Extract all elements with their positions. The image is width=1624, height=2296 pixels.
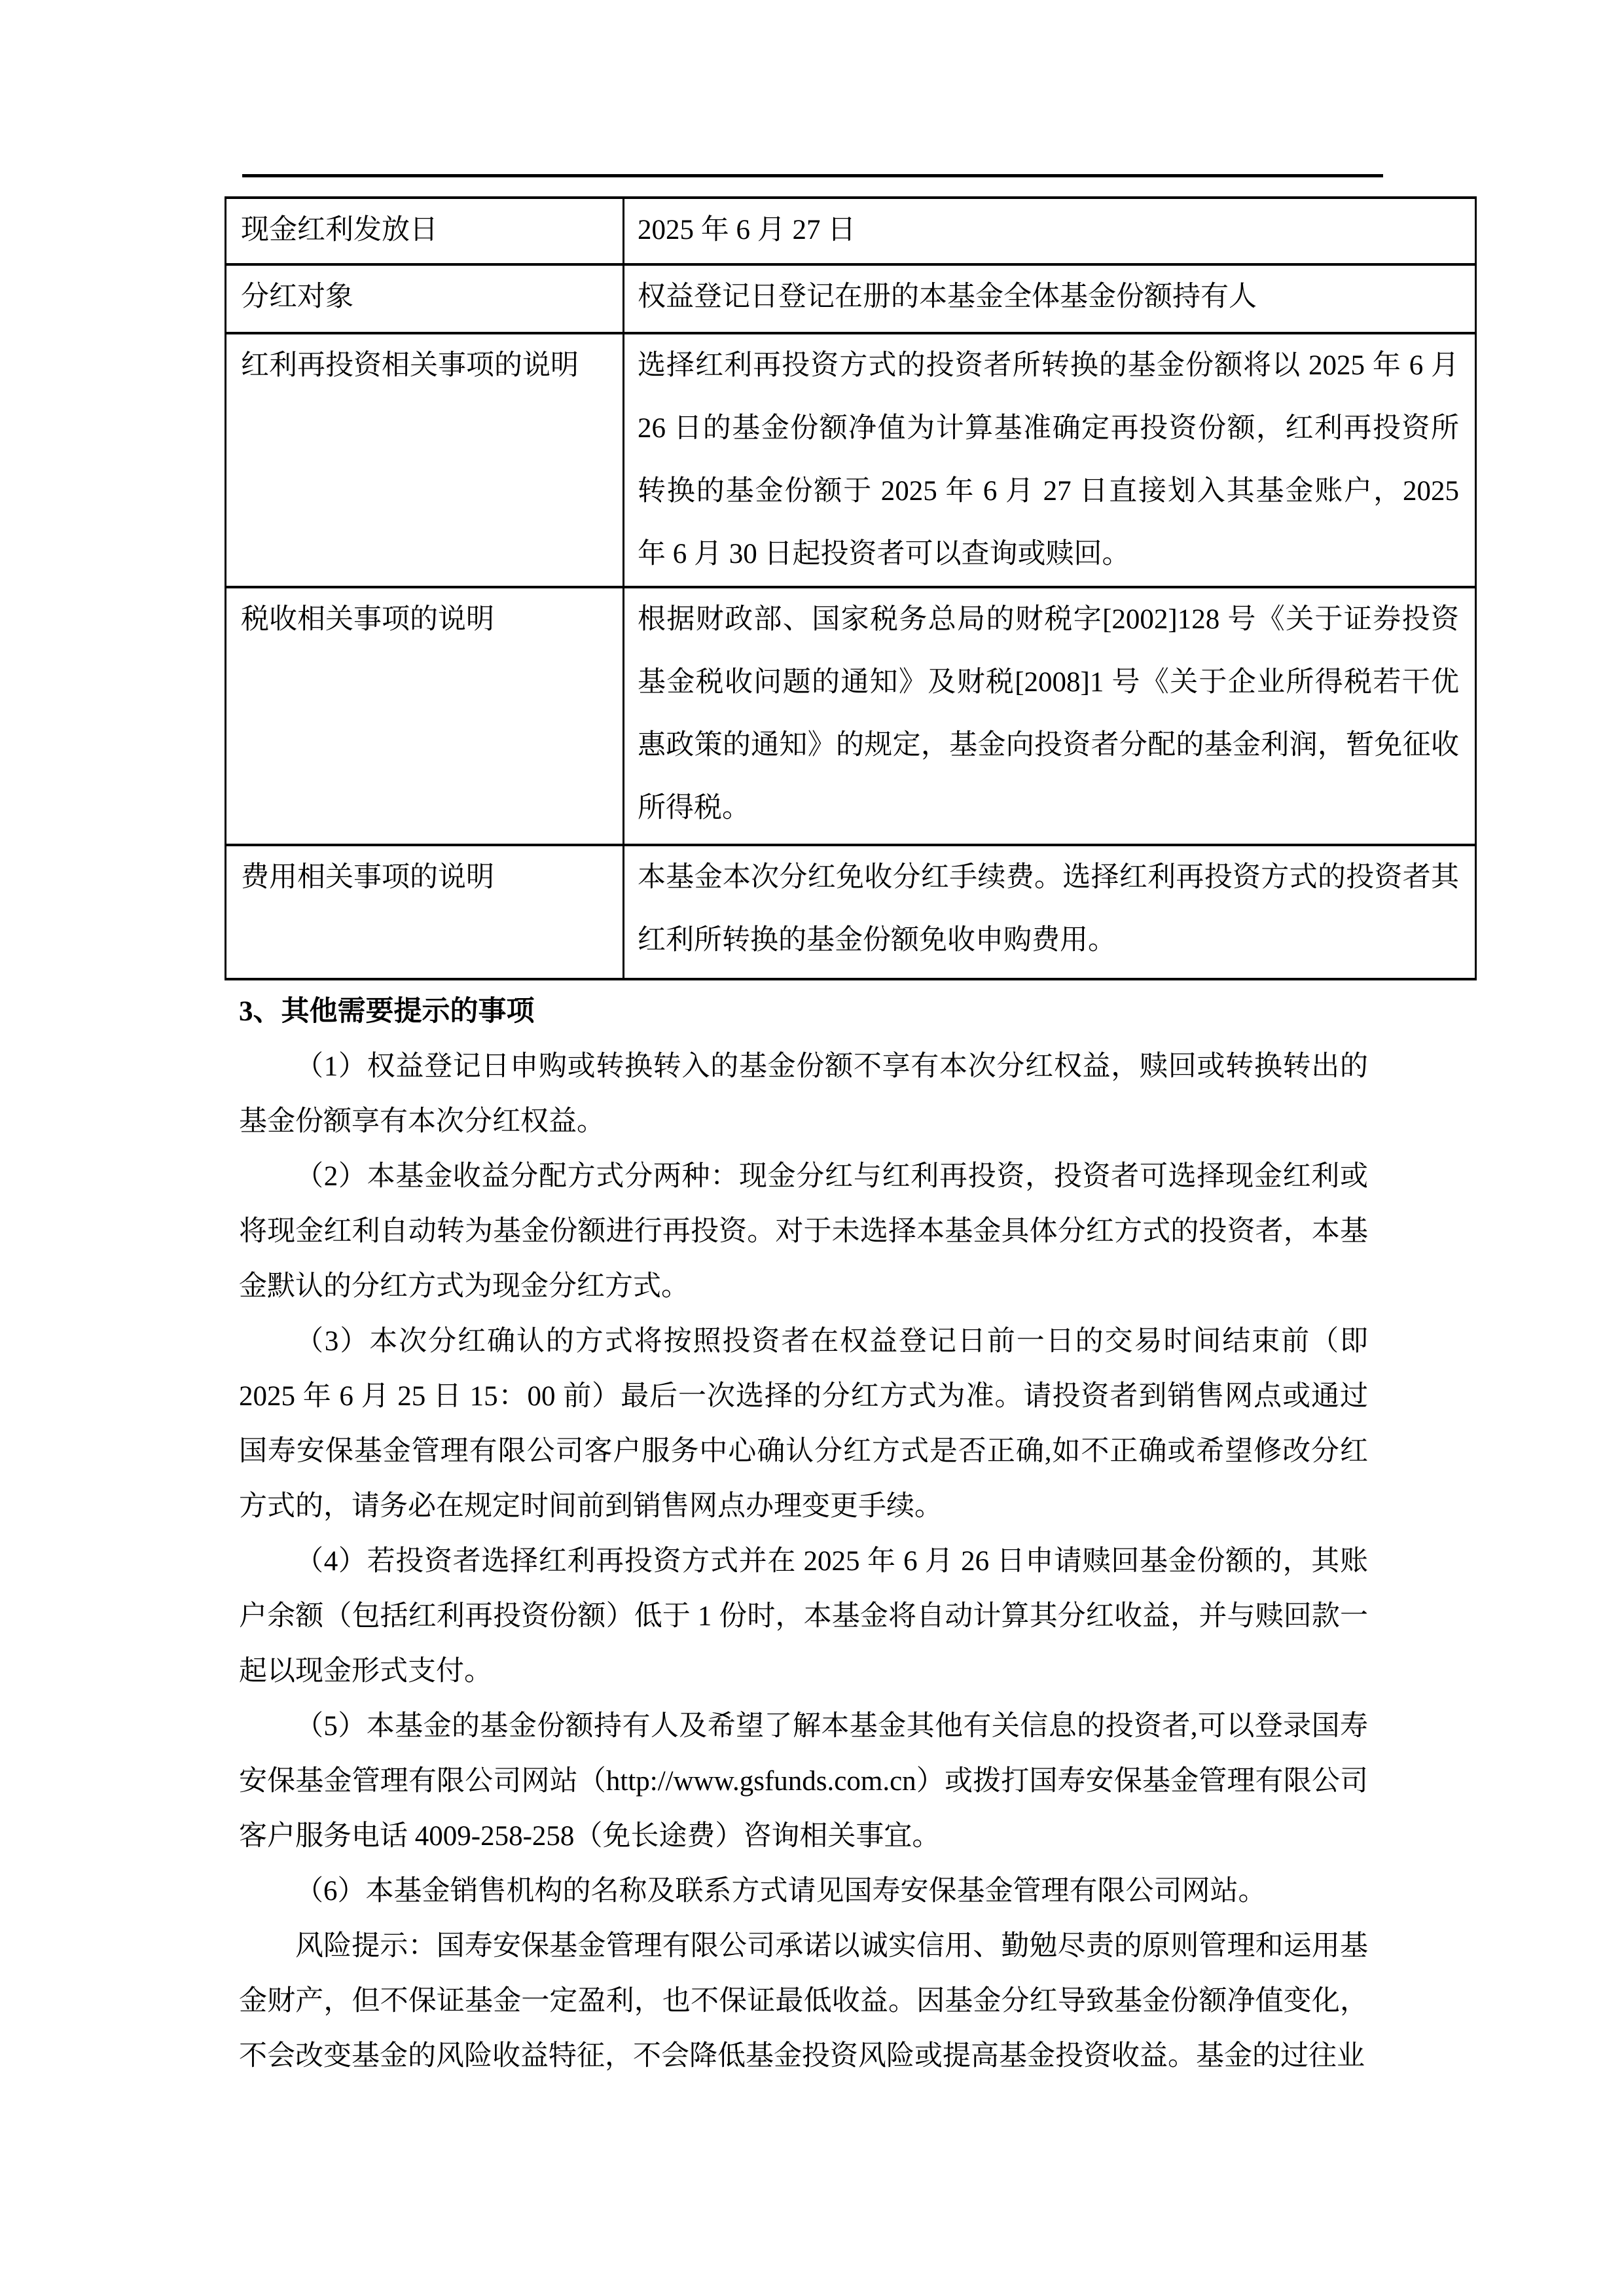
row-label-dividend-target: 分红对象 <box>226 264 624 333</box>
row-label-cash-dividend-payment-date: 现金红利发放日 <box>226 198 624 264</box>
section-heading-other-notices: 3、其他需要提示的事项 <box>239 984 1368 1039</box>
row-value-tax-notes: 根据财政部、国家税务总局的财税字[2002]128 号《关于证券投资基金税收问题… <box>624 587 1476 845</box>
row-value-dividend-target: 权益登记日登记在册的本基金全体基金份额持有人 <box>624 264 1476 333</box>
table-row: 费用相关事项的说明 本基金本次分红免收分红手续费。选择红利再投资方式的投资者其红… <box>226 845 1476 979</box>
table-row: 分红对象 权益登记日登记在册的本基金全体基金份额持有人 <box>226 264 1476 333</box>
dividend-info-table: 现金红利发放日 2025 年 6 月 27 日 分红对象 权益登记日登记在册的本… <box>225 196 1477 980</box>
table-row: 红利再投资相关事项的说明 选择红利再投资方式的投资者所转换的基金份额将以 202… <box>226 333 1476 587</box>
paragraph-note-2: （2）本基金收益分配方式分两种：现金分红与红利再投资，投资者可选择现金红利或将现… <box>239 1149 1368 1314</box>
row-label-reinvestment-notes: 红利再投资相关事项的说明 <box>226 333 624 587</box>
row-value-fee-notes: 本基金本次分红免收分红手续费。选择红利再投资方式的投资者其红利所转换的基金份额免… <box>624 845 1476 979</box>
row-value-reinvestment-notes: 选择红利再投资方式的投资者所转换的基金份额将以 2025 年 6 月 26 日的… <box>624 333 1476 587</box>
paragraph-risk-warning: 风险提示：国寿安保基金管理有限公司承诺以诚实信用、勤勉尽责的原则管理和运用基金财… <box>239 1919 1368 2084</box>
paragraph-note-4: （4）若投资者选择红利再投资方式并在 2025 年 6 月 26 日申请赎回基金… <box>239 1534 1368 1699</box>
paragraph-note-6: （6）本基金销售机构的名称及联系方式请见国寿安保基金管理有限公司网站。 <box>239 1864 1368 1919</box>
row-value-cash-dividend-payment-date: 2025 年 6 月 27 日 <box>624 198 1476 264</box>
row-label-tax-notes: 税收相关事项的说明 <box>226 587 624 845</box>
paragraph-note-5: （5）本基金的基金份额持有人及希望了解本基金其他有关信息的投资者,可以登录国寿安… <box>239 1699 1368 1864</box>
paragraph-note-1: （1）权益登记日申购或转换转入的基金份额不享有本次分红权益，赎回或转换转出的基金… <box>239 1039 1368 1149</box>
paragraph-note-3: （3）本次分红确认的方式将按照投资者在权益登记日前一日的交易时间结束前（即 20… <box>239 1314 1368 1534</box>
table-row: 税收相关事项的说明 根据财政部、国家税务总局的财税字[2002]128 号《关于… <box>226 587 1476 845</box>
header-rule <box>242 174 1383 177</box>
document-page: 现金红利发放日 2025 年 6 月 27 日 分红对象 权益登记日登记在册的本… <box>0 0 1624 2296</box>
table-row: 现金红利发放日 2025 年 6 月 27 日 <box>226 198 1476 264</box>
row-label-fee-notes: 费用相关事项的说明 <box>226 845 624 979</box>
page-content: 现金红利发放日 2025 年 6 月 27 日 分红对象 权益登记日登记在册的本… <box>239 0 1368 2084</box>
